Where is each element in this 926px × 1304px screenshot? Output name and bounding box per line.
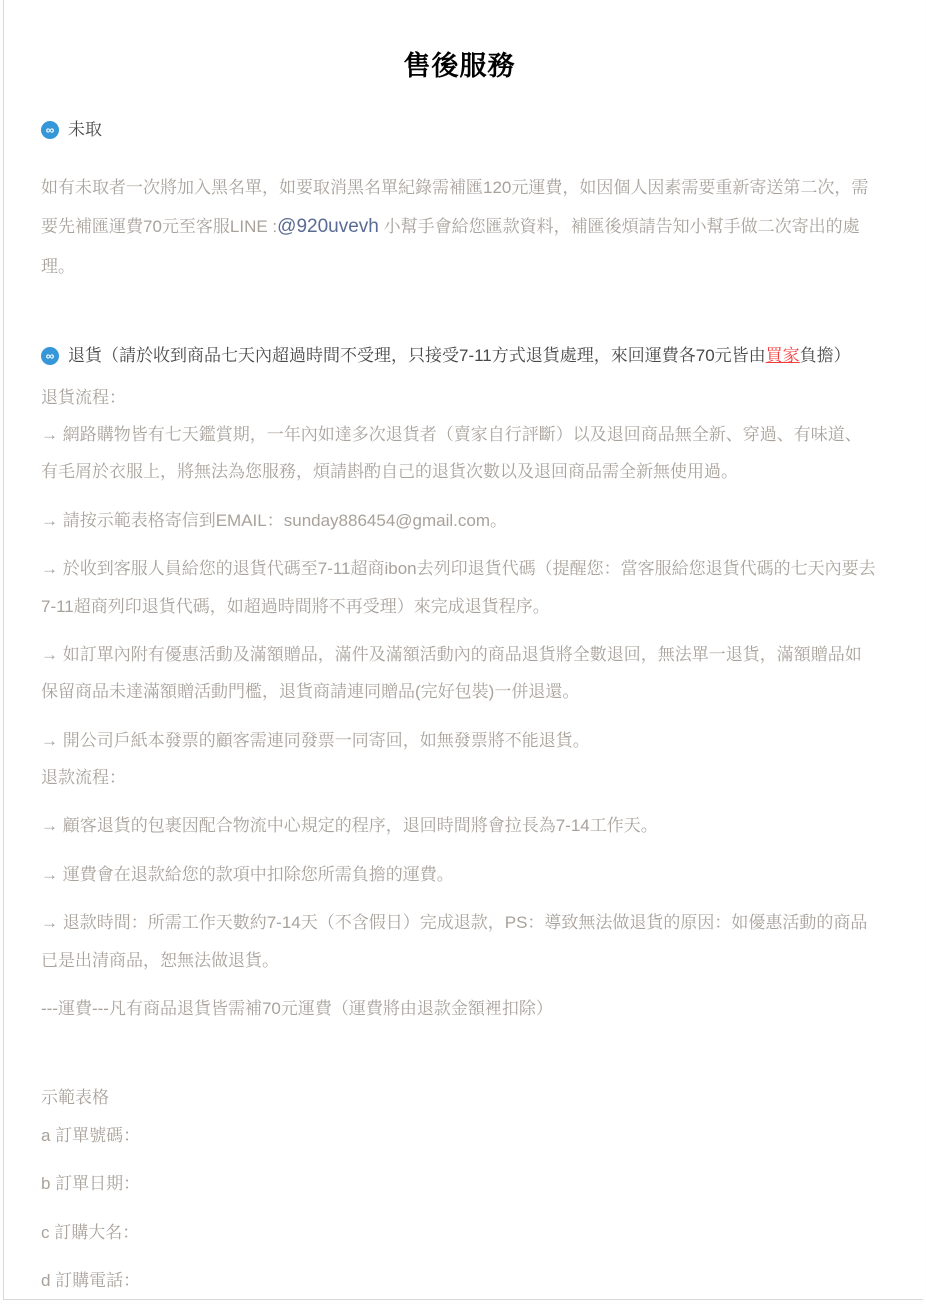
line-id-text: @920uvevh <box>277 216 379 237</box>
sample-form-field: b 訂單日期： <box>41 1165 878 1202</box>
return-process-label: 退貨流程： <box>41 379 878 416</box>
unclaimed-policy-text: 如有未取者一次將加入黑名單，如要取消黑名單紀錄需補匯120元運費，如因個人因素需… <box>41 169 878 286</box>
section-heading-returns: ∞ 退貨（請於收到商品七天內超過時間不受理，只接受7-11方式退貨處理，來回運費… <box>41 343 878 369</box>
sample-form-field: a 訂單號碼： <box>41 1117 878 1154</box>
sample-form-field: d 訂購電話： <box>41 1262 878 1299</box>
sample-form-field: c 訂購大名： <box>41 1214 878 1251</box>
return-policy-item: → 網路購物皆有七天鑑賞期，一年內如達多次退貨者（賣家自行評斷）以及退回商品無全… <box>41 416 878 491</box>
sample-form-title: 示範表格 <box>41 1079 878 1116</box>
refund-policy-item: → 顧客退貨的包裹因配合物流中心規定的程序，退回時間將會拉長為7-14工作天。 <box>41 807 878 844</box>
return-policy-item: → 如訂單內附有優惠活動及滿額贈品，滿件及滿額活動內的商品退貨將全數退回，無法單… <box>41 636 878 711</box>
after-sales-panel: 售後服務 ∞ 未取 如有未取者一次將加入黑名單，如要取消黑名單紀錄需補匯120元… <box>3 0 923 1300</box>
refund-policy-item: → 退款時間：所需工作天數約7-14天（不含假日）完成退款，PS：導致無法做退貨… <box>41 904 878 979</box>
return-policy-item: → 開公司戶紙本發票的顧客需連同發票一同寄回，如無發票將不能退貨。 <box>41 722 878 759</box>
returns-heading-before: 退貨（請於收到商品七天內超過時間不受理，只接受7-11方式退貨處理，來回運費各7… <box>68 346 766 365</box>
infinity-icon: ∞ <box>41 121 59 139</box>
shipping-fee-note: ---運費---凡有商品退貨皆需補70元運費（運費將由退款金額裡扣除） <box>41 990 878 1027</box>
refund-policy-item: → 運費會在退款給您的款項中扣除您所需負擔的運費。 <box>41 856 878 893</box>
infinity-icon: ∞ <box>41 347 59 365</box>
returns-heading-after: 負擔） <box>800 346 851 365</box>
section-heading-returns-label: 退貨（請於收到商品七天內超過時間不受理，只接受7-11方式退貨處理，來回運費各7… <box>68 343 851 369</box>
refund-process-label: 退款流程： <box>41 759 878 796</box>
buyer-emphasis-text: 買家 <box>766 346 800 365</box>
page-title: 售後服務 <box>41 44 878 83</box>
return-policy-item: → 請按示範表格寄信到EMAIL：sunday886454@gmail.com。 <box>41 502 878 539</box>
section-heading-unclaimed: ∞ 未取 <box>41 117 878 143</box>
return-policy-item: → 於收到客服人員給您的退貨代碼至7-11超商ibon去列印退貨代碼（提醒您：當… <box>41 550 878 625</box>
section-heading-unclaimed-label: 未取 <box>68 117 102 143</box>
